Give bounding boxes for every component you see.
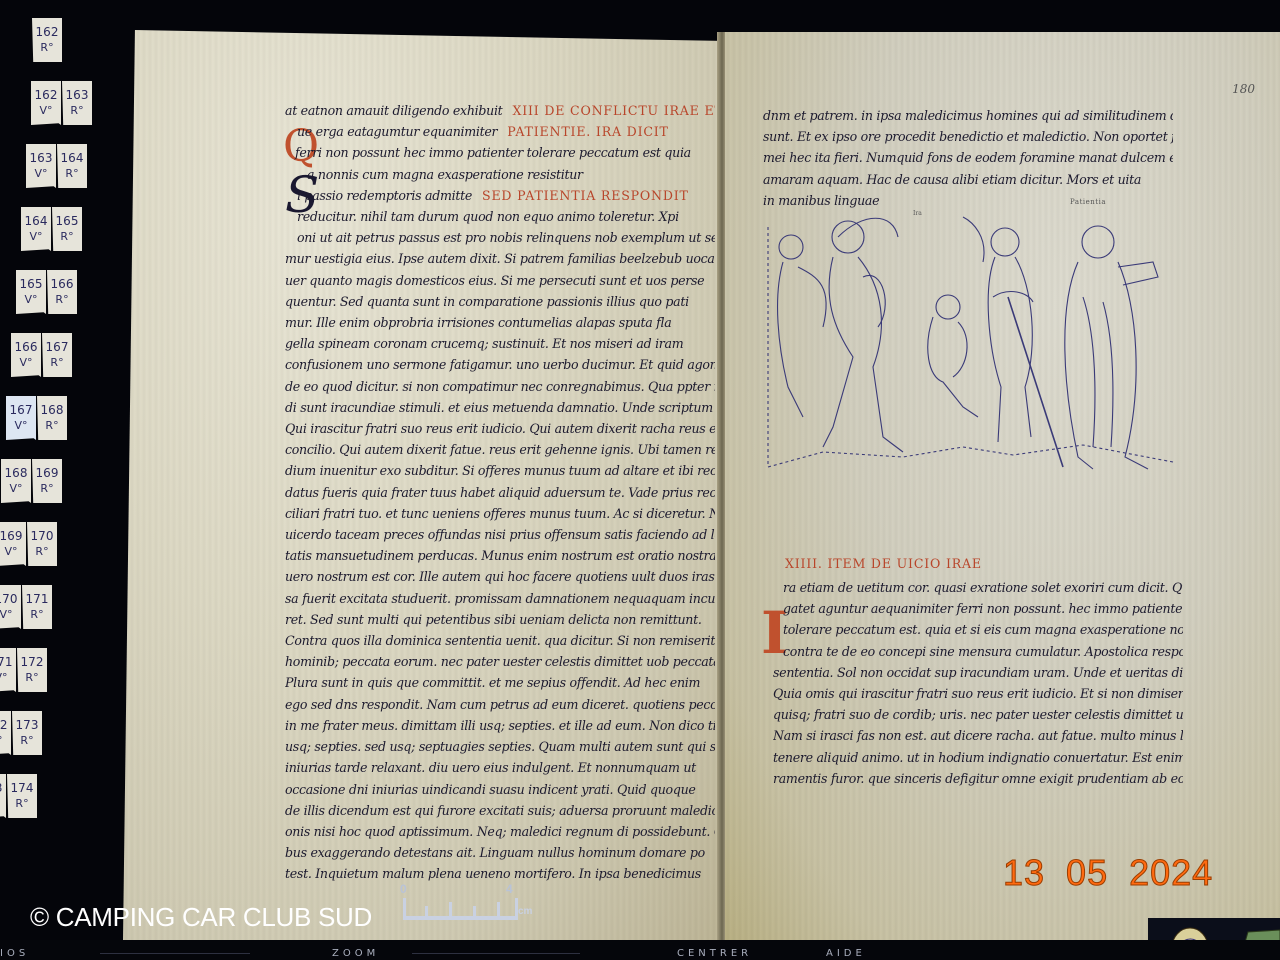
manuscript-line: di sunt iracundiae stimuli. et eius metu… [285,397,715,418]
manuscript-line: in me frater meus. dimittam illi usq; se… [285,715,715,736]
manuscript-line: de eo quod dicitur. si non compatimur ne… [285,376,715,397]
thumbnail-recto-side: R° [40,481,53,496]
manuscript-line: confusionem uno sermone fatigamur. uno u… [285,354,715,375]
thumbnail-recto-number: 171 [26,592,49,607]
manuscript-line: quentur. Sed quanta sunt in comparatione… [285,291,715,312]
thumbnail-verso-side: V° [24,292,37,307]
thumbnail-recto-side: R° [50,355,63,370]
illustration-caption-patientia: Patientia [1070,198,1106,206]
svg-text:Ira: Ira [913,210,922,217]
thumbnail-verso-side: V° [4,544,17,559]
folio-thumbnail[interactable]: 163V°164R° [26,144,87,190]
thumbnail-verso-number: 165 [20,277,43,292]
thumbnail-recto-side: R° [60,229,73,244]
manuscript-line: de illis dicendum est qui furore excitat… [285,800,715,821]
scale-ruler: 0 4 cm [400,882,530,922]
thumbnail-verso-page[interactable]: 166V° [11,333,41,377]
toolbar-divider [100,953,250,954]
folio-thumbnail[interactable]: 162V°163R° [31,81,92,127]
rubric-heading: SED PATIENTIA RESPONDIT [482,188,689,203]
thumbnail-recto-number: 165 [56,214,79,229]
manuscript-line: i passio redemptoris admitteSED PATIENTI… [285,185,715,206]
manuscript-line: sententia. Sol non occidat sup iracundia… [773,662,1183,683]
thumbnail-verso-page[interactable]: 170V° [0,585,21,629]
manuscript-line: reducitur. nihil tam durum quod non equo… [285,206,715,227]
thumbnail-recto-side: R° [20,733,33,748]
manuscript-line: contra te de eo concepi sine mensura cum… [773,641,1183,662]
thumbnail-verso-page[interactable]: 172V° [0,711,11,755]
scale-end: 4 [506,882,513,896]
manuscript-line: ue erga eatagumtur equanimiterPATIENTIE.… [285,121,715,142]
manuscript-line: at eatnon amauit diligendo exhibuitXIII … [285,100,715,121]
left-page-verso: Q S at eatnon amauit diligendo exhibuitX… [123,30,720,940]
manuscript-line: occasione dni iniurias uindicandi suasu … [285,779,715,800]
thumbnail-verso-number: 169 [0,529,22,544]
thumbnail-recto-number: 162 [36,25,59,40]
right-page-text-top: dnm et patrem. in ipsa maledicimus homin… [763,105,1173,211]
thumbnail-verso-page[interactable]: 169V° [0,522,26,566]
thumbnail-recto-number: 163 [66,88,89,103]
manuscript-line: uicerdo taceam preces offundas nisi priu… [285,524,715,545]
folio-thumbnail[interactable]: 166V°167R° [11,333,72,379]
manuscript-line: Nam si irasci fas non est. aut dicere ra… [773,725,1183,746]
manuscript-line: ego sed dns respondit. Nam cum petrus ad… [285,694,715,715]
manuscript-line: ra etiam de uetitum cor. quasi exratione… [773,577,1183,598]
thumbnail-verso-page[interactable]: 162V° [31,81,61,125]
thumbnail-verso-page[interactable]: 167V° [6,396,36,440]
thumbnail-recto-number: 168 [41,403,64,418]
thumbnail-recto-page[interactable]: 162R° [32,18,62,62]
manuscript-line-text: a nonnis cum magna exasperatione resisti… [307,167,583,182]
manuscript-line: iniurias tarde relaxant. diu uero eius i… [285,757,715,778]
manuscript-line: Quia omis qui irascitur fratri suo reus … [773,683,1183,704]
folio-thumbnail[interactable]: 173V°174R° [0,774,37,820]
manuscript-line: mur. Ille enim obprobria irrisiones cont… [285,312,715,333]
folio-thumbnail[interactable]: 164V°165R° [21,207,82,253]
thumbnail-recto-page[interactable]: 167R° [42,333,72,377]
manuscript-line: Contra quos illa dominica sententia ueni… [285,630,715,651]
scale-start: 0 [400,882,407,896]
thumbnail-verso-number: 172 [0,718,7,733]
thumbnail-verso-side: V° [29,229,42,244]
manuscript-line: tenere aliquid animo. ut in hodium indig… [773,747,1183,768]
manuscript-line: onis nisi hoc quod aptissimum. Neq; male… [285,821,715,842]
manuscript-line-text: ferri non possunt hec immo patienter tol… [295,145,691,160]
left-page-text: at eatnon amauit diligendo exhibuitXIII … [285,100,715,885]
toolbar-zoom-slider[interactable] [412,953,580,954]
manuscript-line: ret. Sed sunt multi qui petentibus sibi … [285,609,715,630]
thumbnail-verso-number: 171 [0,655,12,670]
thumbnail-recto-page[interactable]: 164R° [57,144,87,188]
manuscript-line: hominib; peccata eorum. nec pater uester… [285,651,715,672]
manuscript-line: sa fuerit excitata studuerit. promissam … [285,588,715,609]
thumbnail-recto-side: R° [65,166,78,181]
thumbnail-verso-number: 168 [5,466,28,481]
thumbnail-verso-page[interactable]: 173V° [0,774,6,818]
thumbnail-verso-number: 167 [10,403,33,418]
thumbnail-verso-side: V° [0,670,8,685]
thumbnail-verso-number: 170 [0,592,17,607]
thumbnail-recto-side: R° [25,670,38,685]
manuscript-line: sunt. Et ex ipso ore procedit benedictio… [763,126,1173,147]
manuscript-line: mur uestigia eius. Ipse autem dixit. Si … [285,248,715,269]
thumbnail-verso-side: V° [0,607,13,622]
scale-unit: cm [518,906,532,917]
thumbnail-recto-page[interactable]: 170R° [27,522,57,566]
manuscript-line-text: ue erga eatagumtur equanimiter [297,124,497,139]
manuscript-line: ciliari fratri tuo. et tunc ueniens offe… [285,503,715,524]
thumbnail-verso-side: V° [39,103,52,118]
thumbnail-recto-side: R° [35,544,48,559]
thumbnail-verso-side: V° [9,481,22,496]
manuscript-line: dium inuenitur exo subditur. Si offeres … [285,460,715,481]
thumbnail-verso-side: V° [14,418,27,433]
manuscript-line: tatis mansuetudinem perducas. Munus enim… [285,545,715,566]
toolbar-folios-button[interactable]: IOS [0,948,29,959]
thumbnail-recto-page[interactable]: 168R° [37,396,67,440]
thumbnail-recto-number: 169 [36,466,59,481]
thumbnail-recto-page[interactable]: 172R° [17,648,47,692]
rubric-heading: PATIENTIE. IRA DICIT [507,124,669,139]
right-page-recto: 180 dnm et patrem. in ipsa maledicimus h… [725,32,1280,940]
manuscript-line: amaram aquam. Hac de causa alibi etiam d… [763,169,1173,190]
rubric-heading: XIII DE CONFLICTU IRAE ET [512,103,715,118]
thumbnail-recto-page[interactable]: 169R° [32,459,62,503]
thumbnail-verso-number: 163 [30,151,53,166]
manuscript-line: Plura sunt in quis que committit. et me … [285,672,715,693]
bottom-toolbar: IOS ZOOM CENTRER AIDE [0,940,1280,960]
folio-thumbnail[interactable]: 165V°166R° [16,270,77,316]
manuscript-line: gella spineam coronam crucemq; sustinuit… [285,333,715,354]
manuscript-line-text: i passio redemptoris admitte [297,188,472,203]
thumbnail-recto-page[interactable]: 174R° [7,774,37,818]
manuscript-line: ferri non possunt hec immo patienter tol… [285,142,715,163]
thumbnail-recto-number: 172 [21,655,44,670]
thumbnail-recto-side: R° [40,40,53,55]
thumbnail-recto-page[interactable]: 171R° [22,585,52,629]
manuscript-viewer[interactable]: Q S at eatnon amauit diligendo exhibuitX… [100,0,1280,940]
thumbnail-verso-number: 173 [0,781,2,796]
toolbar-centrer-button[interactable]: CENTRER [677,948,752,959]
thumbnail-recto-page[interactable]: 166R° [47,270,77,314]
manuscript-line: bus exaggerando detestans ait. Linguam n… [285,842,715,863]
manuscript-line-text: reducitur. nihil tam durum quod non equo… [297,209,679,224]
thumbnail-recto-page[interactable]: 163R° [62,81,92,125]
thumbnail-verso-side: V° [19,355,32,370]
manuscript-line: uer quanto magis domesticos eius. Si me … [285,270,715,291]
thumbnail-verso-side: V° [34,166,47,181]
thumbnail-recto-number: 170 [31,529,54,544]
thumbnail-verso-page[interactable]: 168V° [1,459,31,503]
rubric-xiiii: XIIII. ITEM DE UICIO IRAE [785,553,1165,574]
thumbnail-recto-side: R° [30,607,43,622]
thumbnail-verso-side: V° [0,733,3,748]
right-page-text-bottom: ra etiam de uetitum cor. quasi exratione… [773,577,1183,789]
photo-date-stamp: 13 05 2024 [1003,852,1213,894]
manuscript-line: mei hec ita fieri. Numquid fons de eodem… [763,147,1173,168]
manuscript-line: gatet aguntur aequanimiter ferri non pos… [773,598,1183,619]
manuscript-line: usq; septies. sed usq; septuagies septie… [285,736,715,757]
thumbnail-recto-side: R° [45,418,58,433]
toolbar-zoom-button[interactable]: ZOOM [332,948,379,959]
manuscript-line: tolerare peccatum est. quia et si eis cu… [773,619,1183,640]
folio-thumbnail[interactable]: 172V°173R° [0,711,42,757]
thumbnail-verso-page[interactable]: 165V° [16,270,46,314]
manuscript-line: oni ut ait petrus passus est pro nobis r… [285,227,715,248]
manuscript-line: dnm et patrem. in ipsa maledicimus homin… [763,105,1173,126]
folio-thumbnail[interactable]: 167V°168R° [6,396,67,442]
thumbnail-verso-page[interactable]: 171V° [0,648,16,692]
folio-thumbnail[interactable]: 169V°170R° [0,522,57,568]
scale-ruler-bar [403,902,518,920]
thumbnail-recto-page[interactable]: 165R° [52,207,82,251]
next-page-preview-art [1148,918,1280,940]
manuscript-line-text: at eatnon amauit diligendo exhibuit [285,103,502,118]
thumbnail-recto-side: R° [55,292,68,307]
manuscript-line: Qui irascitur fratri suo reus erit iudic… [285,418,715,439]
thumbnail-verso-page[interactable]: 164V° [21,207,51,251]
folio-thumbnail[interactable]: 171V°172R° [0,648,47,694]
manuscript-line: concilio. Qui autem dixerit fatue. reus … [285,439,715,460]
thumbnail-recto-number: 166 [51,277,74,292]
right-page-rubric: XIIII. ITEM DE UICIO IRAE [785,553,1165,574]
folio-thumbnail[interactable]: 170V°171R° [0,585,52,631]
thumbnail-verso-number: 166 [15,340,38,355]
toolbar-aide-button[interactable]: AIDE [826,948,866,959]
manuscript-line: ramentis furor. que sinceris defigitur o… [773,768,1183,789]
thumbnail-recto-side: R° [70,103,83,118]
thumbnail-recto-side: R° [15,796,28,811]
thumbnail-verso-number: 164 [25,214,48,229]
ira-patientia-illustration: Ira [763,207,1183,477]
thumbnail-verso-page[interactable]: 163V° [26,144,56,188]
copyright-watermark: © CAMPING CAR CLUB SUD [30,902,372,933]
thumbnail-recto-number: 173 [16,718,39,733]
thumbnail-verso-number: 162 [35,88,58,103]
folio-thumbnail[interactable]: 168V°169R° [1,459,62,505]
manuscript-line: uero nostrum est cor. Ille autem qui hoc… [285,566,715,587]
thumbnail-recto-number: 174 [11,781,34,796]
folio-number: 180 [1232,82,1255,96]
manuscript-line: datus fueris quia frater tuus habet aliq… [285,482,715,503]
thumbnail-recto-number: 164 [61,151,84,166]
folio-thumbnail-strip[interactable]: 162R°162V°163R°163V°164R°164V°165R°165V°… [0,0,100,960]
thumbnail-recto-page[interactable]: 173R° [12,711,42,755]
manuscript-line: quisq; fratri suo de cordib; uris. nec p… [773,704,1183,725]
folio-thumbnail[interactable]: 162R° [32,18,62,64]
thumbnail-recto-number: 167 [46,340,69,355]
manuscript-line: a nonnis cum magna exasperatione resisti… [285,164,715,185]
